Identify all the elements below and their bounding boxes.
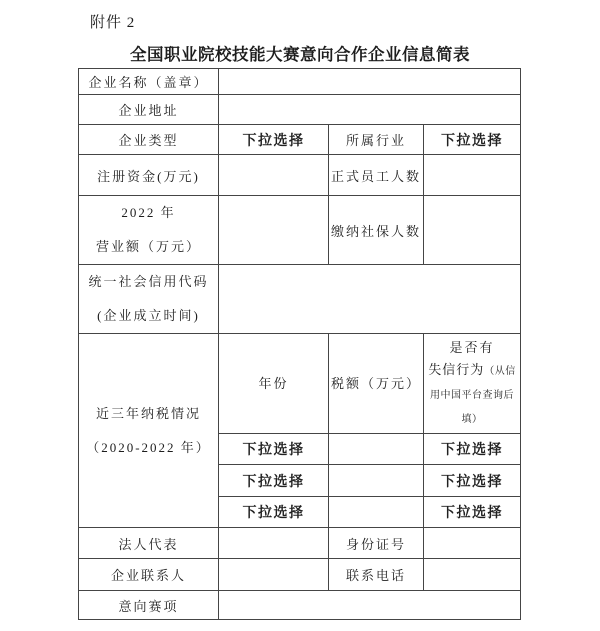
- dishonesty-dropdown-2[interactable]: 下拉选择: [424, 465, 521, 497]
- credit-code-label-line2: (企业成立时间): [81, 299, 216, 333]
- revenue-label: 2022 年 营业额（万元）: [79, 196, 219, 265]
- table-row: 法人代表 身份证号: [79, 528, 521, 559]
- social-security-label: 缴纳社保人数: [329, 196, 424, 265]
- revenue-label-line2: 营业额（万元）: [81, 230, 216, 264]
- tax-section-label: 近三年纳税情况 （2020-2022 年）: [79, 334, 219, 528]
- enterprise-info-form-table: 企业名称（盖章） 企业地址 企业类型 下拉选择 所属行业 下拉选择 注册资金(万…: [78, 68, 521, 620]
- table-row: 企业地址: [79, 95, 521, 125]
- contact-phone-label: 联系电话: [329, 559, 424, 591]
- legal-rep-label: 法人代表: [79, 528, 219, 559]
- dishonesty-dropdown-1[interactable]: 下拉选择: [424, 434, 521, 465]
- registered-capital-label: 注册资金(万元): [79, 155, 219, 196]
- industry-label: 所属行业: [329, 125, 424, 155]
- tax-year-dropdown-3[interactable]: 下拉选择: [219, 497, 329, 528]
- dishonesty-dropdown-3[interactable]: 下拉选择: [424, 497, 521, 528]
- id-number-label: 身份证号: [329, 528, 424, 559]
- tax-section-label-line2: （2020-2022 年）: [81, 431, 216, 465]
- tax-section-label-line1: 近三年纳税情况: [81, 397, 216, 431]
- tax-amount-header: 税额（万元）: [329, 334, 424, 434]
- attachment-label: 附件 2: [90, 11, 135, 32]
- revenue-label-line1: 2022 年: [81, 196, 216, 230]
- company-type-label: 企业类型: [79, 125, 219, 155]
- social-security-input-cell[interactable]: [424, 196, 521, 265]
- contact-person-input-cell[interactable]: [219, 559, 329, 591]
- table-row: 近三年纳税情况 （2020-2022 年） 年份 税额（万元） 是否有 失信行为…: [79, 334, 521, 434]
- table-row: 注册资金(万元) 正式员工人数: [79, 155, 521, 196]
- table-row: 企业名称（盖章）: [79, 69, 521, 95]
- company-address-input-cell[interactable]: [219, 95, 521, 125]
- registered-capital-input-cell[interactable]: [219, 155, 329, 196]
- company-type-dropdown[interactable]: 下拉选择: [219, 125, 329, 155]
- credit-code-input-cell[interactable]: [219, 265, 521, 334]
- company-address-label: 企业地址: [79, 95, 219, 125]
- revenue-input-cell[interactable]: [219, 196, 329, 265]
- industry-dropdown[interactable]: 下拉选择: [424, 125, 521, 155]
- employee-count-label: 正式员工人数: [329, 155, 424, 196]
- tax-amount-input-3[interactable]: [329, 497, 424, 528]
- intended-event-input-cell[interactable]: [219, 591, 521, 620]
- table-row: 企业联系人 联系电话: [79, 559, 521, 591]
- table-row: 2022 年 营业额（万元） 缴纳社保人数: [79, 196, 521, 265]
- page-title: 全国职业院校技能大赛意向合作企业信息简表: [0, 41, 600, 65]
- company-name-input-cell[interactable]: [219, 69, 521, 95]
- id-number-input-cell[interactable]: [424, 528, 521, 559]
- tax-amount-input-2[interactable]: [329, 465, 424, 497]
- contact-person-label: 企业联系人: [79, 559, 219, 591]
- tax-year-header: 年份: [219, 334, 329, 434]
- dishonesty-header: 是否有 失信行为（从信用中国平台查询后填）: [424, 334, 521, 434]
- table-row: 统一社会信用代码 (企业成立时间): [79, 265, 521, 334]
- table-row: 意向赛项: [79, 591, 521, 620]
- employee-count-input-cell[interactable]: [424, 155, 521, 196]
- dishonesty-header-line1: 是否有: [426, 336, 518, 359]
- dishonesty-header-main: 失信行为: [428, 362, 484, 377]
- credit-code-label-line1: 统一社会信用代码: [81, 265, 216, 299]
- tax-amount-input-1[interactable]: [329, 434, 424, 465]
- tax-year-dropdown-2[interactable]: 下拉选择: [219, 465, 329, 497]
- contact-phone-input-cell[interactable]: [424, 559, 521, 591]
- credit-code-label: 统一社会信用代码 (企业成立时间): [79, 265, 219, 334]
- table-row: 企业类型 下拉选择 所属行业 下拉选择: [79, 125, 521, 155]
- tax-year-dropdown-1[interactable]: 下拉选择: [219, 434, 329, 465]
- intended-event-label: 意向赛项: [79, 591, 219, 620]
- company-name-label: 企业名称（盖章）: [79, 69, 219, 95]
- legal-rep-input-cell[interactable]: [219, 528, 329, 559]
